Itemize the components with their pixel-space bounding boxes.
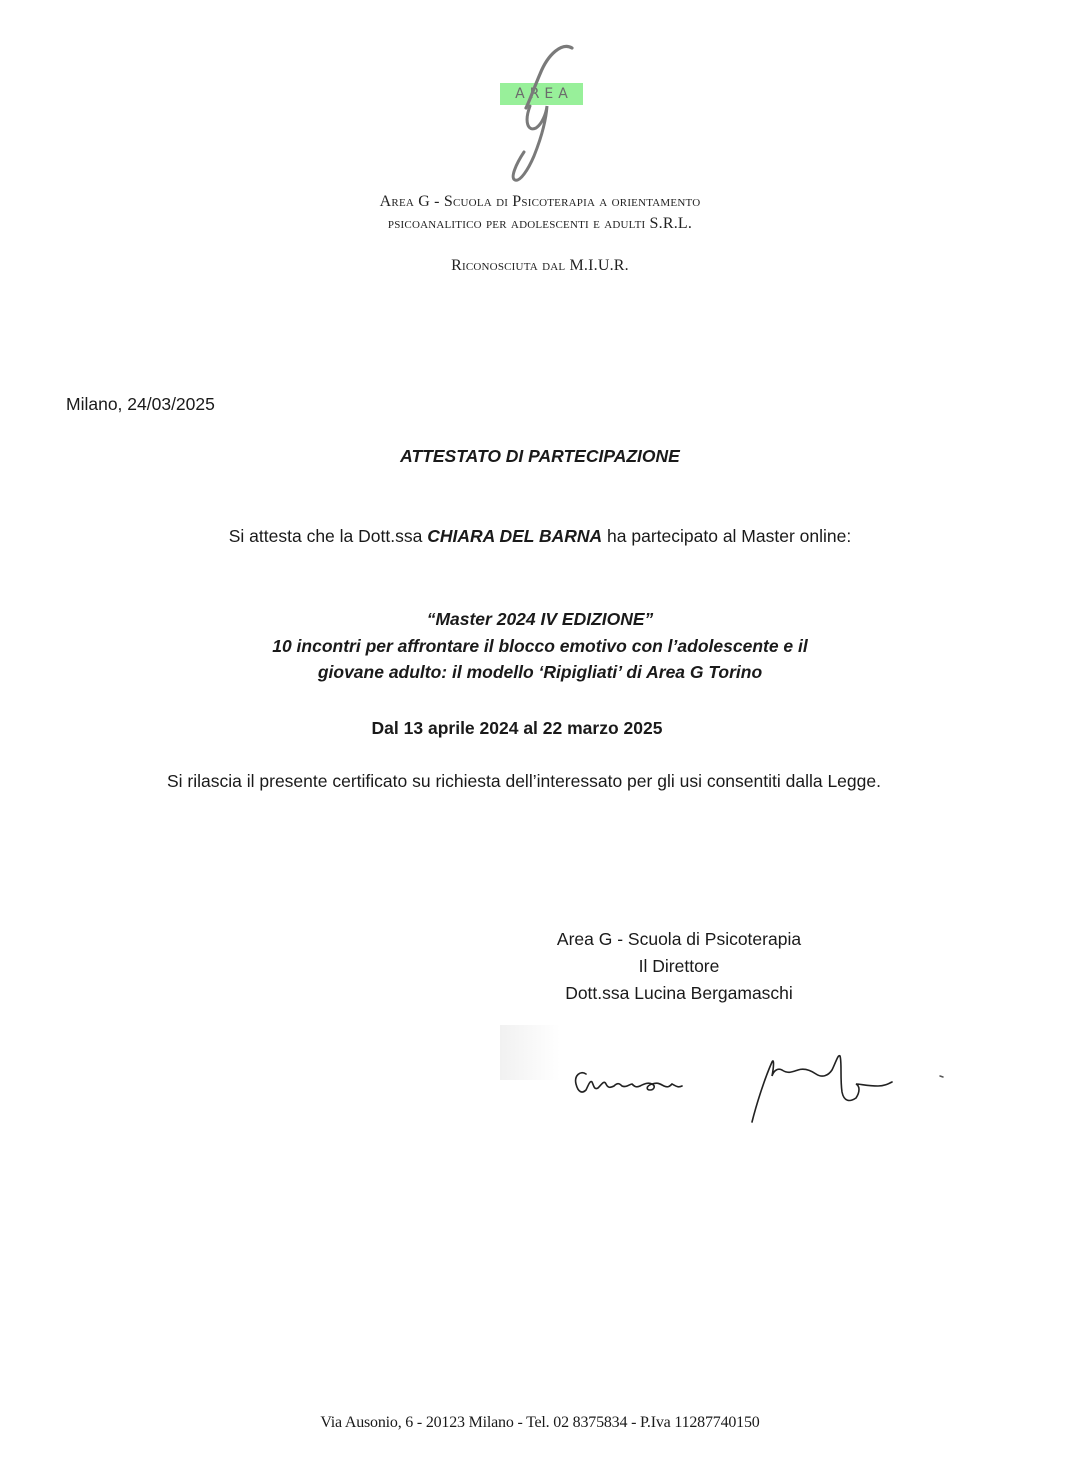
attestation-prefix: Si attesta che la Dott.ssa bbox=[229, 526, 427, 546]
course-subtitle-line2: giovane adulto: il modello ‘Ripigliati’ … bbox=[0, 662, 1080, 683]
signatory-name: Dott.ssa Lucina Bergamaschi bbox=[470, 983, 888, 1004]
handwritten-signature bbox=[560, 1040, 960, 1130]
participant-name: CHIARA DEL BARNA bbox=[427, 526, 602, 546]
course-dates: Dal 13 aprile 2024 al 22 marzo 2025 bbox=[0, 718, 1034, 739]
institution-name-line2: psicoanalitico per adolescenti e adulti … bbox=[0, 215, 1080, 233]
handwritten-signature-icon bbox=[560, 1040, 960, 1130]
signatory-role: Il Direttore bbox=[470, 956, 888, 977]
scan-smudge bbox=[500, 1025, 560, 1080]
course-title: “Master 2024 IV EDIZIONE” bbox=[0, 609, 1080, 630]
certificate-title: ATTESTATO DI PARTECIPAZIONE bbox=[0, 446, 1080, 467]
area-g-logo-icon bbox=[490, 40, 600, 190]
release-statement: Si rilascia il presente certificato su r… bbox=[0, 771, 1048, 792]
place-date: Milano, 24/03/2025 bbox=[66, 394, 215, 415]
area-g-logo: AREA bbox=[490, 40, 600, 190]
institution-name-line1: Area G - Scuola di Psicoterapia a orient… bbox=[0, 193, 1080, 211]
footer-address: Via Ausonio, 6 - 20123 Milano - Tel. 02 … bbox=[0, 1414, 1080, 1432]
signatory-organization: Area G - Scuola di Psicoterapia bbox=[470, 929, 888, 950]
attestation-suffix: ha partecipato al Master online: bbox=[602, 526, 851, 546]
course-subtitle-line1: 10 incontri per affrontare il blocco emo… bbox=[0, 636, 1080, 657]
recognition-text: Riconosciuta dal M.I.U.R. bbox=[0, 257, 1080, 275]
attestation-statement: Si attesta che la Dott.ssa CHIARA DEL BA… bbox=[0, 526, 1080, 547]
